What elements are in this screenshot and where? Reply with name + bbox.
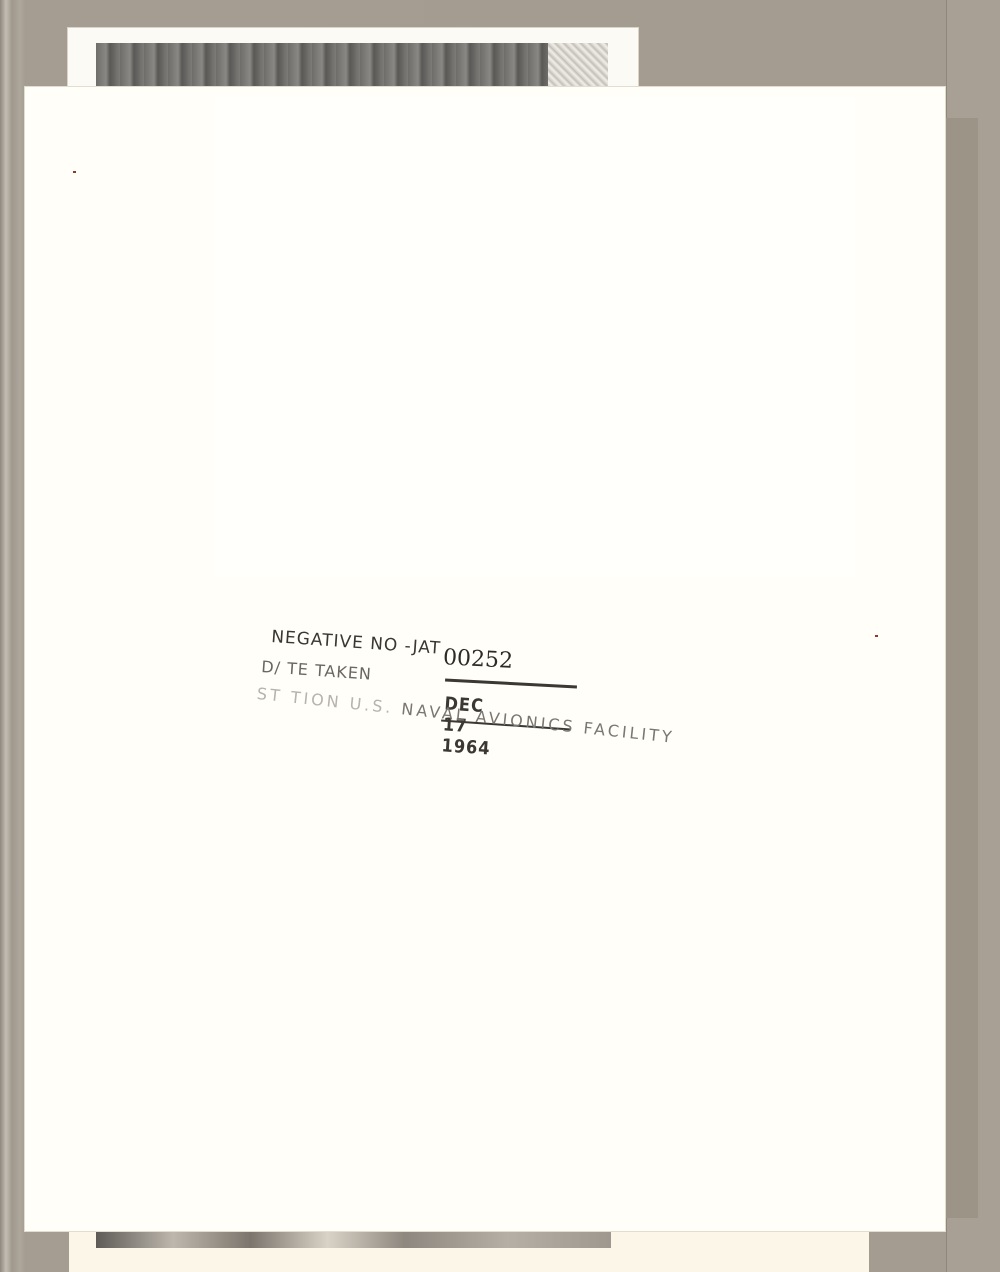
spot <box>875 635 878 637</box>
station-label: ST TION U.S. <box>256 684 394 717</box>
date-label: D/ TE TAKEN <box>261 657 373 684</box>
album-spine <box>0 0 26 1272</box>
spot <box>73 171 76 173</box>
tape-strip <box>946 118 978 1218</box>
stamp-underline <box>445 679 577 689</box>
photo-behind-bottom <box>69 1228 869 1272</box>
photo-behind-bottom-image <box>96 1230 611 1248</box>
negative-number: 00252 <box>442 645 513 674</box>
paper-glare <box>215 97 855 577</box>
photo-back: NEGATIVE NO -JAT 00252 D/ TE TAKEN DEC 1… <box>25 87 945 1231</box>
negative-label: NEGATIVE NO -JAT <box>271 627 442 659</box>
